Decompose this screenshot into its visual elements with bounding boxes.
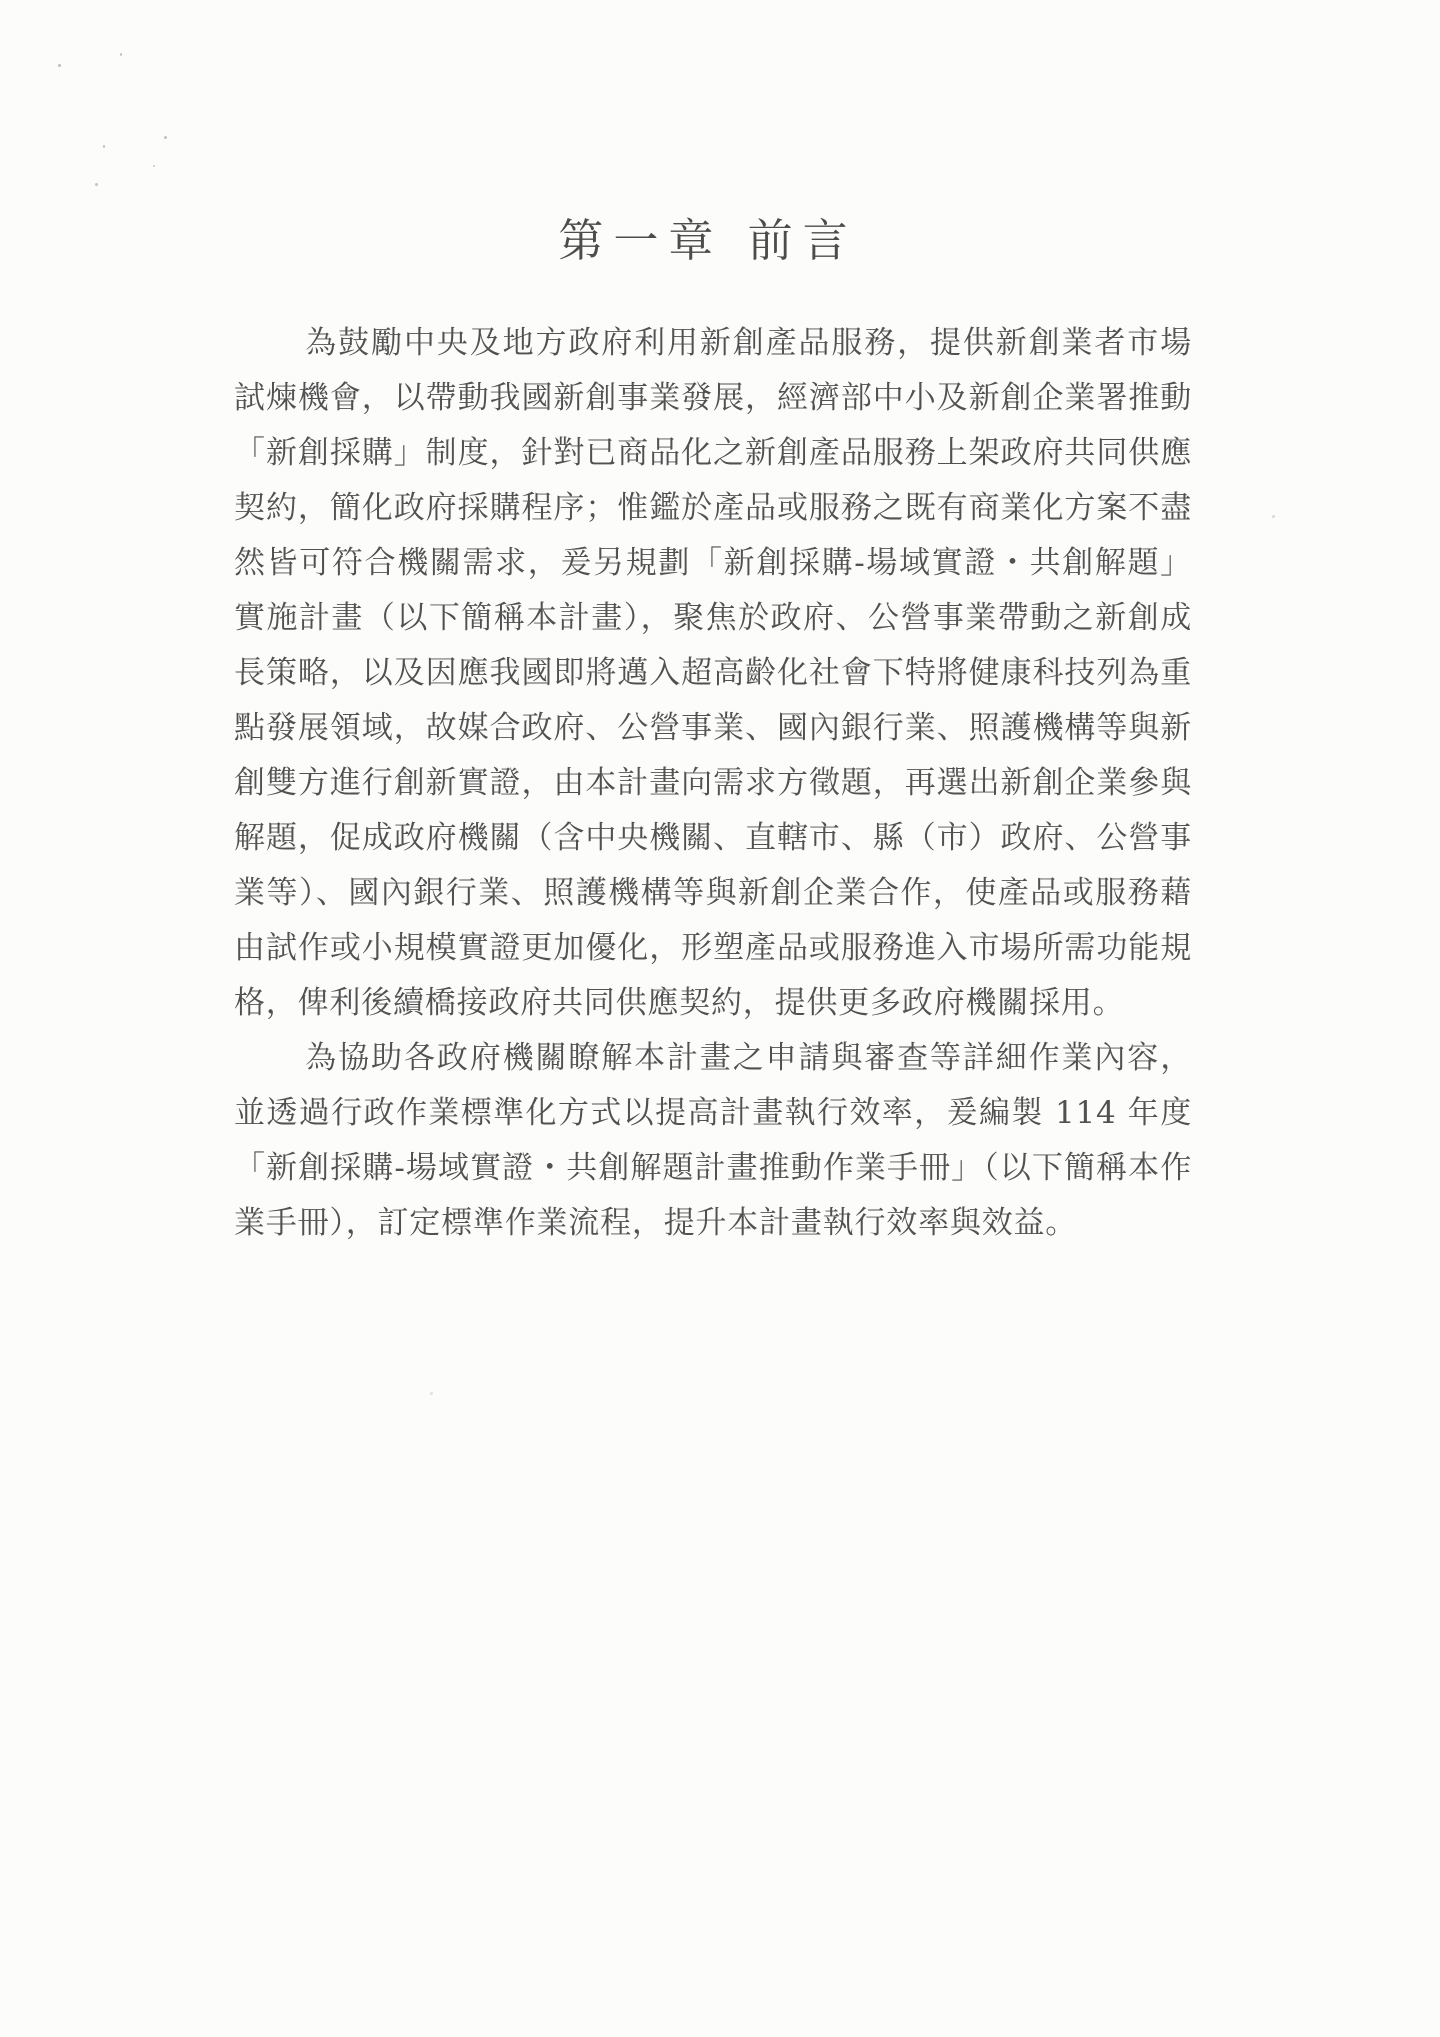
scan-speck: [153, 165, 155, 167]
scan-speck: [164, 136, 167, 139]
scan-speck: [103, 145, 105, 148]
scan-speck: [430, 1392, 433, 1395]
scan-speck: [1272, 515, 1275, 518]
paragraph-2: 為協助各政府機關瞭解本計畫之申請與審查等詳細作業內容，並透過行政作業標準化方式以…: [234, 1031, 1192, 1251]
scanned-document-page: 第一章 前言 為鼓勵中央及地方政府利用新創產品服務，提供新創業者市場試煉機會，以…: [0, 0, 1440, 2037]
scan-speck: [58, 64, 61, 67]
scan-speck: [120, 53, 122, 56]
document-body: 為鼓勵中央及地方政府利用新創產品服務，提供新創業者市場試煉機會，以帶動我國新創事…: [234, 316, 1192, 1251]
paragraph-1: 為鼓勵中央及地方政府利用新創產品服務，提供新創業者市場試煉機會，以帶動我國新創事…: [234, 316, 1192, 1031]
chapter-title: 第一章 前言: [0, 204, 1428, 269]
scan-speck: [95, 183, 98, 186]
